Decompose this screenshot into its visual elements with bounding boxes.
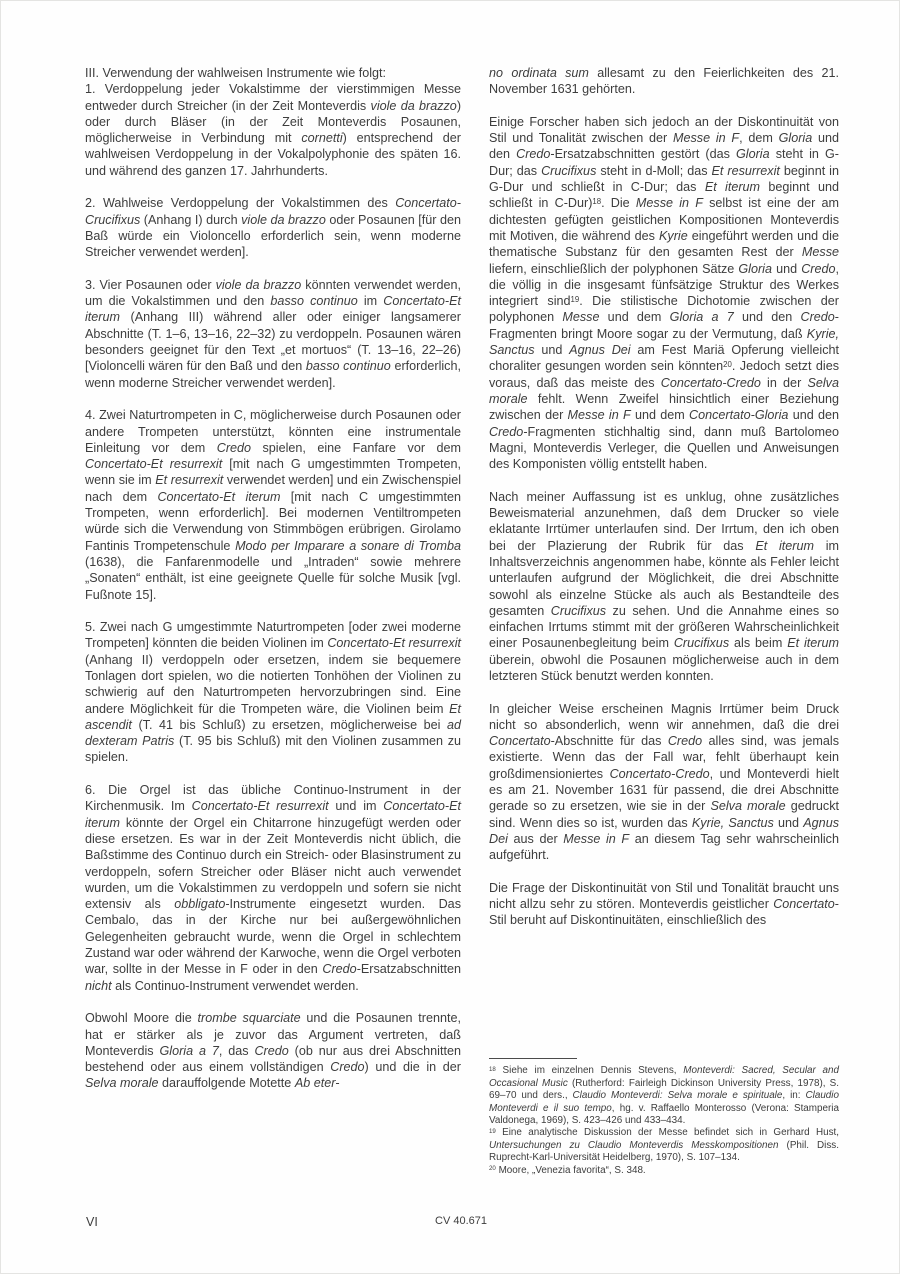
emphasized-text: Gloria bbox=[779, 131, 813, 145]
emphasized-text: Concertato-Et resurrexit bbox=[327, 636, 461, 650]
emphasized-text: Modo per Imparare a sonare di Tromba bbox=[235, 539, 461, 553]
emphasized-text: Selva morale bbox=[85, 1076, 159, 1090]
footnote-reference: 20 bbox=[489, 1165, 496, 1172]
footnote-list: 18 Siehe im einzelnen Dennis Stevens, Mo… bbox=[489, 1065, 839, 1177]
footnote-20: 20 Moore, „Venezia favorita“, S. 348. bbox=[489, 1165, 839, 1177]
emphasized-text: obbligato bbox=[174, 897, 225, 911]
footnote-reference: 20 bbox=[723, 360, 732, 369]
footnote-18: 18 Siehe im einzelnen Dennis Stevens, Mo… bbox=[489, 1065, 839, 1127]
footnote-reference: 18 bbox=[592, 197, 601, 206]
emphasized-text: Credo bbox=[516, 147, 550, 161]
footnotes-block: 18 Siehe im einzelnen Dennis Stevens, Mo… bbox=[489, 1058, 839, 1177]
emphasized-text: Messe bbox=[802, 245, 839, 259]
emphasized-text: Credo bbox=[254, 1044, 288, 1058]
emphasized-text: Kyrie, Sanctus bbox=[489, 327, 839, 357]
emphasized-text: Gloria a 7 bbox=[670, 310, 734, 324]
emphasized-text: Credo bbox=[217, 441, 251, 455]
emphasized-text: Credo bbox=[330, 1060, 364, 1074]
emphasized-text: Concertato-Et iterum bbox=[157, 490, 280, 504]
emphasized-text: Concertato bbox=[489, 734, 551, 748]
footnote-reference: 18 bbox=[489, 1066, 496, 1073]
footnote-reference: 19 bbox=[571, 295, 580, 304]
emphasized-text: Gloria bbox=[738, 262, 772, 276]
emphasized-text: Concertato-Credo bbox=[610, 767, 710, 781]
left-column: III. Verwendung der wahlweisen Instrumen… bbox=[85, 65, 461, 1177]
document-page: III. Verwendung der wahlweisen Instrumen… bbox=[0, 0, 900, 1274]
emphasized-text: ad dexteram Patris bbox=[85, 718, 461, 748]
emphasized-text: nicht bbox=[85, 979, 112, 993]
item-5: 5. Zwei nach G umgestimmte Naturtrompete… bbox=[85, 619, 461, 766]
emphasized-text: Claudio Monteverdi: Selva morale e spiri… bbox=[573, 1090, 783, 1101]
emphasized-text: Credo bbox=[801, 262, 835, 276]
page-number: VI bbox=[86, 1215, 98, 1229]
paragraph-continuation: no ordinata sum allesamt zu den Feierlic… bbox=[489, 65, 839, 98]
emphasized-text: Concertato-Et resurrexit bbox=[192, 799, 329, 813]
emphasized-text: Kyrie, Sanctus bbox=[692, 816, 774, 830]
item-3: 3. Vier Posaunen oder viole da brazzo kö… bbox=[85, 277, 461, 391]
emphasized-text: Messe bbox=[562, 310, 599, 324]
footnote-reference: 19 bbox=[489, 1128, 496, 1135]
emphasized-text: Et iterum bbox=[787, 636, 839, 650]
emphasized-text: Untersuchungen zu Claudio Monteverdis Me… bbox=[489, 1140, 779, 1151]
item-4: 4. Zwei Naturtrompeten in C, möglicherwe… bbox=[85, 407, 461, 603]
emphasized-text: Concertato-Et resurrexit bbox=[85, 457, 222, 471]
item-6: 6. Die Orgel ist das übliche Continuo-In… bbox=[85, 782, 461, 994]
catalog-number: CV 40.671 bbox=[435, 1215, 487, 1227]
page-footer: VI CV 40.671 bbox=[1, 1215, 899, 1235]
text-columns: III. Verwendung der wahlweisen Instrumen… bbox=[1, 1, 899, 1177]
emphasized-text: Kyrie bbox=[659, 229, 688, 243]
emphasized-text: Messe in F bbox=[636, 196, 703, 210]
emphasized-text: basso continuo bbox=[306, 359, 391, 373]
emphasized-text: Et resurrexit bbox=[155, 473, 223, 487]
emphasized-text: Messe in F bbox=[568, 408, 631, 422]
emphasized-text: viole da brazzo bbox=[216, 278, 302, 292]
emphasized-text: Credo bbox=[489, 425, 523, 439]
emphasized-text: viole da brazzo bbox=[371, 99, 457, 113]
emphasized-text: Gloria a 7 bbox=[159, 1044, 218, 1058]
emphasized-text: no ordinata sum bbox=[489, 66, 589, 80]
paragraph-magni: In gleicher Weise erscheinen Magnis Irrt… bbox=[489, 701, 839, 864]
emphasized-text: Et iterum bbox=[755, 539, 814, 553]
emphasized-text: Messe in F bbox=[563, 832, 629, 846]
emphasized-text: Crucifixus bbox=[551, 604, 606, 618]
emphasized-text: Et iterum bbox=[705, 180, 760, 194]
right-column: no ordinata sum allesamt zu den Feierlic… bbox=[489, 65, 839, 1177]
emphasized-text: Credo bbox=[800, 310, 834, 324]
paragraph-moore: Obwohl Moore die trombe squarciate und d… bbox=[85, 1010, 461, 1091]
paragraph-frage: Die Frage der Diskontinuität von Stil un… bbox=[489, 880, 839, 929]
paragraph-diskontinuitaet: Einige Forscher haben sich jedoch an der… bbox=[489, 114, 839, 473]
emphasized-text: Concertato-Credo bbox=[661, 376, 761, 390]
emphasized-text: Selva morale bbox=[710, 799, 785, 813]
emphasized-text: Concertato-Gloria bbox=[689, 408, 788, 422]
emphasized-text: viole da brazzo bbox=[241, 213, 326, 227]
footnote-19: 19 Eine analytische Diskussion der Messe… bbox=[489, 1127, 839, 1164]
emphasized-text: Gloria bbox=[736, 147, 770, 161]
footnote-separator-rule bbox=[489, 1058, 577, 1059]
emphasized-text: Et resurrexit bbox=[712, 164, 780, 178]
item-2: 2. Wahlweise Verdoppelung der Vokalstimm… bbox=[85, 195, 461, 260]
emphasized-text: Crucifixus bbox=[674, 636, 729, 650]
emphasized-text: Messe in F bbox=[673, 131, 739, 145]
emphasized-text: Credo bbox=[668, 734, 702, 748]
emphasized-text: basso continuo bbox=[270, 294, 357, 308]
emphasized-text: cornetti bbox=[301, 131, 342, 145]
right-column-body: no ordinata sum allesamt zu den Feierlic… bbox=[489, 65, 839, 929]
emphasized-text: Credo bbox=[322, 962, 356, 976]
emphasized-text: Ab eter- bbox=[295, 1076, 340, 1090]
emphasized-text: Et ascendit bbox=[85, 702, 461, 732]
emphasized-text: Crucifixus bbox=[541, 164, 596, 178]
emphasized-text: Monteverdi: Sacred, Secular and Occasion… bbox=[489, 1065, 839, 1088]
emphasized-text: trombe squarciate bbox=[198, 1011, 301, 1025]
emphasized-text: Concertato bbox=[773, 897, 835, 911]
emphasized-text: Agnus Dei bbox=[569, 343, 630, 357]
paragraph-auffassung: Nach meiner Auffassung ist es unklug, oh… bbox=[489, 489, 839, 685]
item-1: 1. Verdoppelung jeder Vokalstimme der vi… bbox=[85, 81, 461, 179]
emphasized-text: Agnus Dei bbox=[489, 816, 839, 846]
section-heading: III. Verwendung der wahlweisen Instrumen… bbox=[85, 65, 461, 81]
